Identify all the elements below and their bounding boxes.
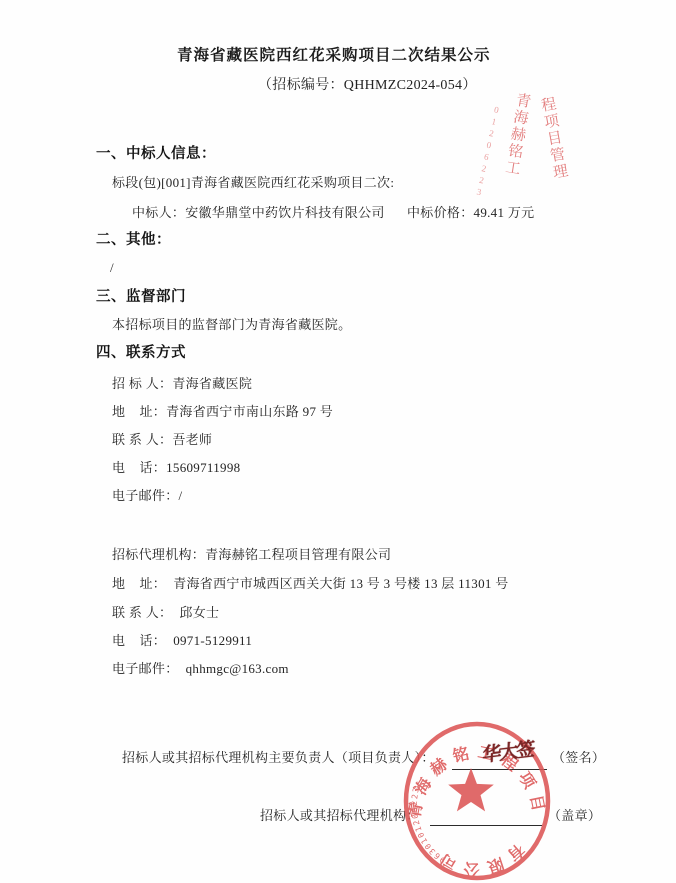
ghost-stamp-digits: 01206223 (476, 104, 503, 186)
row-label: 电 话： (112, 633, 166, 648)
tenderer-row: 电子邮件：/ (112, 488, 182, 504)
agency-row: 招标代理机构：青海赫铭工程项目管理有限公司 (112, 547, 391, 563)
doc-subtitle: （招标编号：QHHMZC2024-054） (258, 77, 477, 95)
row-label: 招 标 人： (112, 376, 172, 391)
row-value: 青海省西宁市南山东路 97 号 (166, 404, 333, 419)
row-label: 电子邮件： (112, 488, 179, 503)
winner-value: 安徽华鼎堂中药饮片科技有限公司 (185, 205, 385, 220)
section-1-heading: 一、中标人信息： (96, 145, 216, 163)
row-value: 青海赫铭工程项目管理有限公司 (205, 547, 391, 562)
agency-row: 电 话： 0971-5129911 (112, 633, 252, 649)
section-2-heading: 二、其他： (96, 231, 171, 249)
tenderer-row: 招 标 人：青海省藏医院 (112, 376, 252, 392)
winner-label: 中标人： (132, 205, 185, 220)
section-4-heading: 四、联系方式 (96, 344, 186, 362)
row-label: 联 系 人： (112, 432, 172, 447)
price-label: 中标价格： (407, 205, 474, 220)
row-value: 吾老师 (172, 432, 212, 447)
ghost-stamp-column-1: 青海赫铭工 (499, 91, 535, 189)
row-label: 地 址： (112, 404, 166, 419)
row-value: 邱女士 (172, 605, 219, 620)
section-3-content: 本招标项目的监督部门为青海省藏医院。 (112, 317, 351, 333)
signoff-line-2-suffix: （盖章） (548, 808, 601, 824)
lot-line: 标段(包)[001]青海省藏医院西红花采购项目二次: (112, 175, 394, 191)
document-page: 青海省藏医院西红花采购项目二次结果公示 （招标编号：QHHMZC2024-054… (0, 0, 676, 883)
ghost-stamp-column-2: 程项目管理 (536, 95, 573, 191)
row-value: qhhmgc@163.com (179, 661, 289, 676)
price-line: 中标价格：49.41 万元 (407, 205, 534, 221)
tenderer-row: 电 话：15609711998 (112, 460, 240, 476)
seal-company-bottom-text: 有限公司 (431, 840, 528, 879)
section-2-content: / (110, 260, 114, 276)
tenderer-row: 联 系 人：吾老师 (112, 432, 212, 448)
row-label: 电子邮件： (112, 661, 179, 676)
svg-text:有限公司: 有限公司 (431, 840, 528, 879)
signoff-line-1-prefix: 招标人或其招标代理机构主要负责人（项目负责人）： (122, 750, 435, 766)
agency-row: 地 址： 青海省西宁市城西区西关大街 13 号 3 号楼 13 层 11301 … (112, 576, 509, 592)
row-label: 联 系 人： (112, 605, 172, 620)
signoff-line-2-prefix: 招标人或其招标代理机构： (260, 808, 420, 824)
row-value: 青海省西宁市城西区西关大街 13 号 3 号楼 13 层 11301 号 (166, 576, 508, 591)
row-value: / (179, 488, 183, 503)
agency-row: 联 系 人： 邱女士 (112, 605, 219, 621)
agency-row: 电子邮件： qhhmgc@163.com (112, 661, 289, 677)
row-value: 0971-5129911 (166, 633, 252, 648)
page-title: 青海省藏医院西红花采购项目二次结果公示 (177, 46, 491, 65)
tenderer-row: 地 址：青海省西宁市南山东路 97 号 (112, 404, 333, 420)
row-value: 青海省藏医院 (172, 376, 252, 391)
row-label: 地 址： (112, 576, 166, 591)
winner-line: 中标人：安徽华鼎堂中药饮片科技有限公司 (132, 205, 385, 221)
row-label: 招标代理机构： (112, 547, 205, 562)
section-3-heading: 三、监督部门 (96, 288, 186, 306)
row-value: 15609711998 (166, 460, 240, 475)
row-label: 电 话： (112, 460, 166, 475)
price-value: 49.41 万元 (474, 205, 535, 220)
